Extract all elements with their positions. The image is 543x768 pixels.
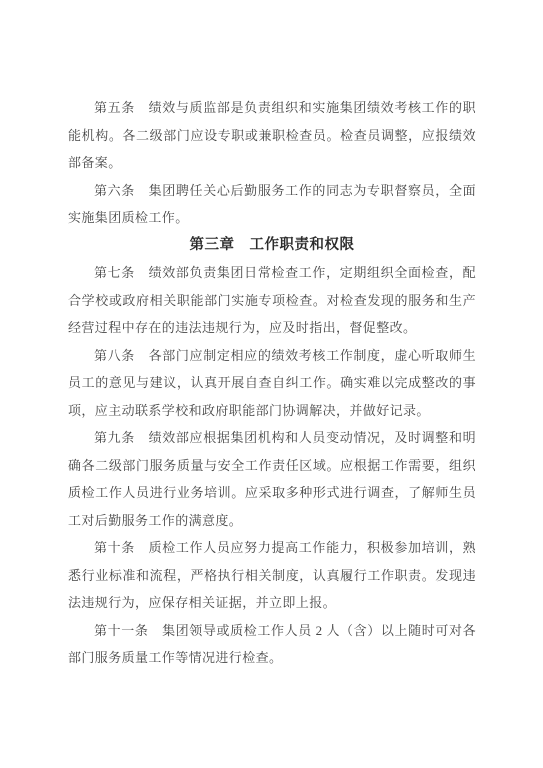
paragraph-article-5: 第五条 绩效与质监部是负责组织和实施集团绩效考核工作的职能机构。各二级部门应设专… (68, 94, 476, 177)
paragraph-article-8: 第八条 各部门应制定相应的绩效考核工作制度，虚心听取师生员工的意见与建议，认真开… (68, 342, 476, 425)
paragraph-article-9: 第九条 绩效部应根据集团机构和人员变动情况，及时调整和明确各二级部门服务质量与安… (68, 424, 476, 534)
document-body: 第五条 绩效与质监部是负责组织和实施集团绩效考核工作的职能机构。各二级部门应设专… (68, 94, 476, 672)
paragraph-article-6: 第六条 集团聘任关心后勤服务工作的同志为专职督察员，全面实施集团质检工作。 (68, 177, 476, 232)
chapter-heading: 第三章 工作职责和权限 (68, 232, 476, 260)
paragraph-article-10: 第十条 质检工作人员应努力提高工作能力，积极参加培训，熟悉行业标准和流程，严格执… (68, 534, 476, 617)
paragraph-article-7: 第七条 绩效部负责集团日常检查工作，定期组织全面检查，配合学校或政府相关职能部门… (68, 259, 476, 342)
document-page: 第五条 绩效与质监部是负责组织和实施集团绩效考核工作的职能机构。各二级部门应设专… (0, 0, 543, 768)
paragraph-article-11: 第十一条 集团领导或质检工作人员 2 人（含）以上随时可对各部门服务质量工作等情… (68, 617, 476, 672)
